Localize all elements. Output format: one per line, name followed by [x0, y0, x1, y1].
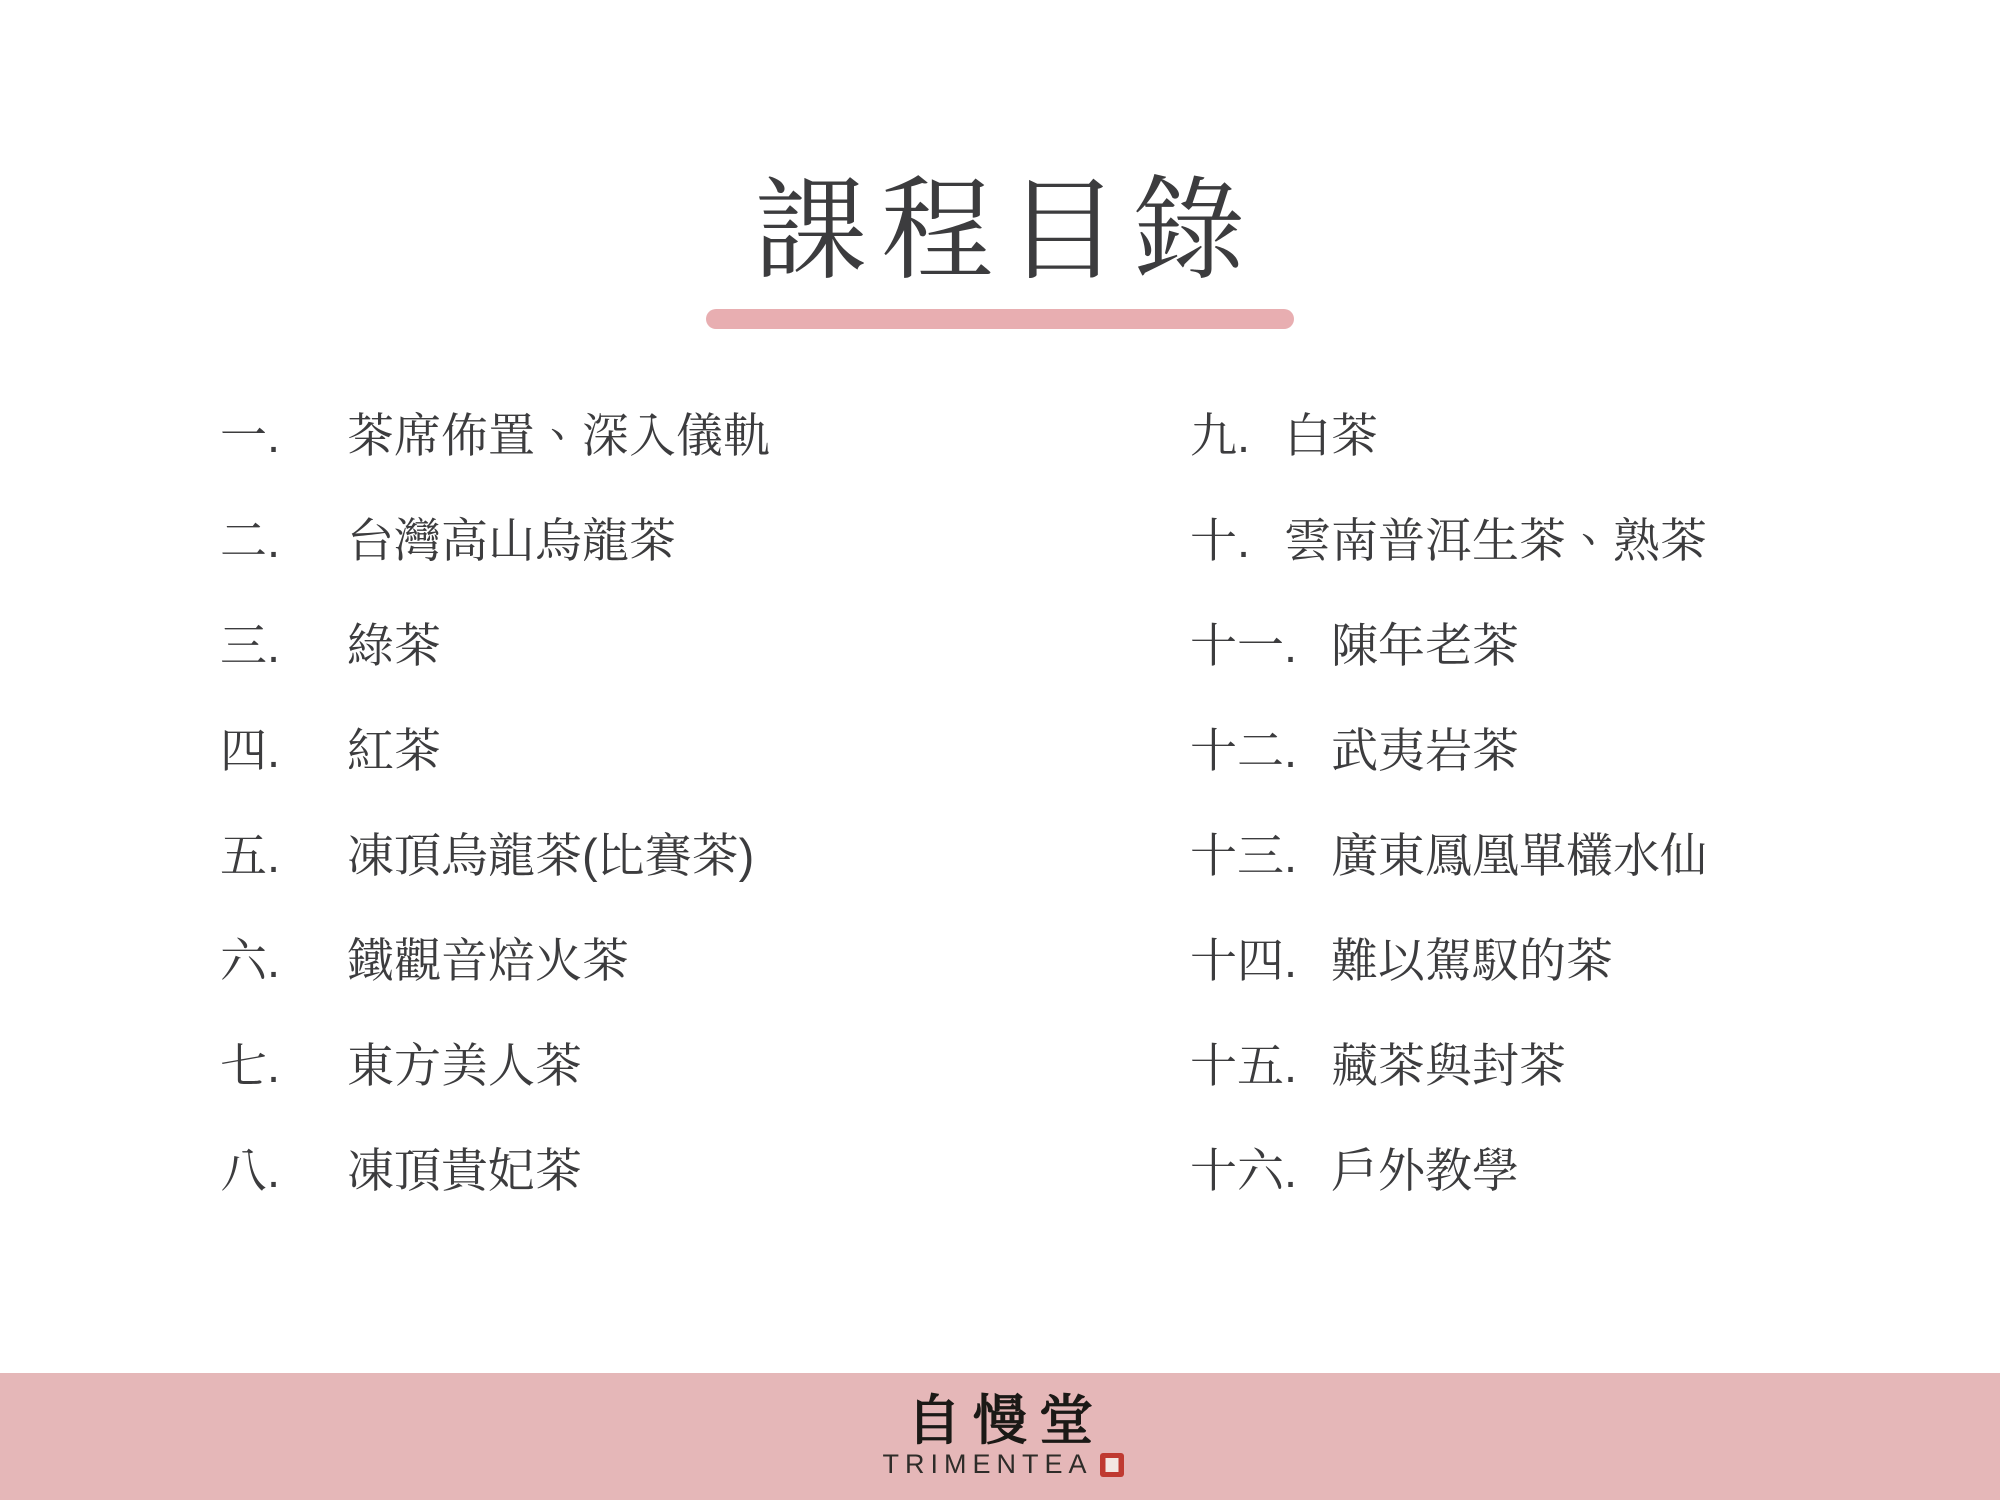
toc-item: 三. 綠茶	[220, 593, 770, 698]
toc-item: 十四. 難以駕馭的茶	[1190, 908, 1707, 1013]
toc-item-label: 廣東鳳凰單欉水仙	[1331, 832, 1707, 879]
toc-item-number: 三.	[220, 622, 347, 669]
toc-item-number: 十四.	[1190, 937, 1297, 984]
toc-item-label: 陳年老茶	[1331, 622, 1519, 669]
toc-item-label: 藏茶與封茶	[1331, 1042, 1566, 1089]
toc-item: 十一. 陳年老茶	[1190, 593, 1707, 698]
toc-item-number: 十二.	[1190, 727, 1297, 774]
toc-item: 十六. 戶外教學	[1190, 1118, 1707, 1223]
toc-item: 十五. 藏茶與封茶	[1190, 1013, 1707, 1118]
brand-logo-chinese: 自慢堂	[0, 1391, 2000, 1449]
toc-item-number: 二.	[220, 517, 347, 564]
toc-item-number: 一.	[220, 412, 347, 459]
toc-item: 五. 凍頂烏龍茶(比賽茶)	[220, 803, 770, 908]
title-block: 課程目錄	[0, 168, 2000, 329]
toc-item: 一. 茶席佈置、深入儀軌	[220, 383, 770, 488]
toc-item-label: 武夷岩茶	[1331, 727, 1519, 774]
toc-item-label: 鐵觀音焙火茶	[347, 937, 629, 984]
toc-item: 二. 台灣高山烏龍茶	[220, 488, 770, 593]
toc-item-label: 白茶	[1284, 412, 1378, 459]
toc-item-label: 難以駕馭的茶	[1331, 937, 1613, 984]
toc-item: 四. 紅茶	[220, 698, 770, 803]
toc-item-number: 十三.	[1190, 832, 1297, 879]
title-underline	[706, 309, 1294, 329]
toc-item: 七. 東方美人茶	[220, 1013, 770, 1118]
brand-seal-inner	[1104, 1456, 1120, 1474]
toc-item-number: 十五.	[1190, 1042, 1297, 1089]
toc-item-number: 十六.	[1190, 1147, 1297, 1194]
toc-item: 十三. 廣東鳳凰單欉水仙	[1190, 803, 1707, 908]
toc-item-label: 台灣高山烏龍茶	[347, 517, 676, 564]
toc-item: 八. 凍頂貴妃茶	[220, 1118, 770, 1223]
brand-logo-row: TRIMENTEA	[0, 1451, 2000, 1478]
toc-item-label: 凍頂烏龍茶(比賽茶)	[347, 832, 754, 879]
toc-item-label: 雲南普洱生茶、熟茶	[1284, 517, 1707, 564]
brand-logo-latin: TRIMENTEA	[876, 1451, 1092, 1478]
toc-item-number: 五.	[220, 832, 347, 879]
toc-item-label: 凍頂貴妃茶	[347, 1147, 582, 1194]
slide: 課程目錄 一. 茶席佈置、深入儀軌 二. 台灣高山烏龍茶 三. 綠茶 四. 紅茶…	[0, 0, 2000, 1500]
toc-item: 六. 鐵觀音焙火茶	[220, 908, 770, 1013]
toc-item-label: 茶席佈置、深入儀軌	[347, 412, 770, 459]
toc-item: 十二. 武夷岩茶	[1190, 698, 1707, 803]
toc-item-number: 六.	[220, 937, 347, 984]
toc-right-column: 九. 白茶 十. 雲南普洱生茶、熟茶 十一. 陳年老茶 十二. 武夷岩茶 十三.…	[1190, 383, 1707, 1223]
toc-item-number: 八.	[220, 1147, 347, 1194]
toc-item-number: 四.	[220, 727, 347, 774]
toc-item-number: 十一.	[1190, 622, 1297, 669]
footer-bar: 自慢堂 TRIMENTEA	[0, 1373, 2000, 1500]
toc-item-number: 七.	[220, 1042, 347, 1089]
brand-seal-icon	[1100, 1453, 1124, 1477]
toc-item-number: 九.	[1190, 412, 1250, 459]
toc-item: 九. 白茶	[1190, 383, 1707, 488]
toc-item: 十. 雲南普洱生茶、熟茶	[1190, 488, 1707, 593]
brand-logo: 自慢堂 TRIMENTEA	[0, 1391, 2000, 1478]
toc-item-label: 綠茶	[347, 622, 441, 669]
toc-left-column: 一. 茶席佈置、深入儀軌 二. 台灣高山烏龍茶 三. 綠茶 四. 紅茶 五. 凍…	[220, 383, 770, 1223]
toc-item-label: 東方美人茶	[347, 1042, 582, 1089]
toc-item-number: 十.	[1190, 517, 1250, 564]
page-title: 課程目錄	[0, 168, 2000, 293]
toc-item-label: 紅茶	[347, 727, 441, 774]
toc-item-label: 戶外教學	[1331, 1147, 1519, 1194]
